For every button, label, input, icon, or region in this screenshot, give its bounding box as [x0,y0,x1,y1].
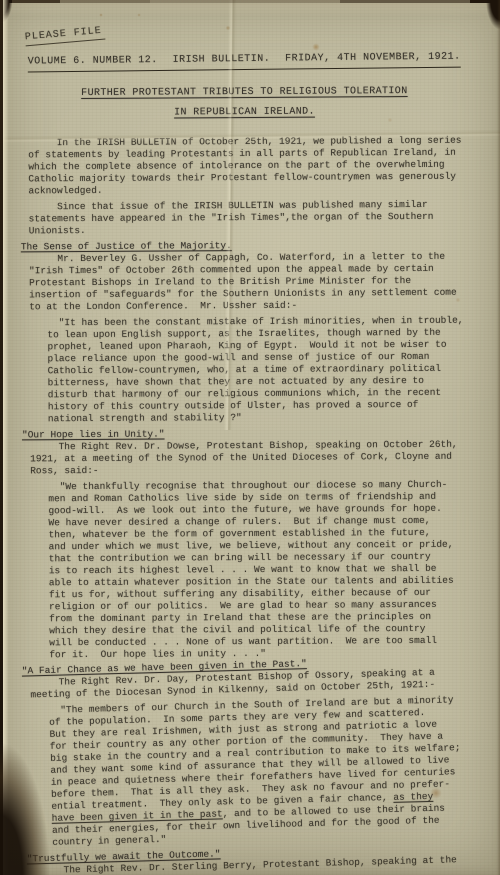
document-body: PLEASE FILE VOLUME 6. NUMBER 12. IRISH B… [0,0,500,875]
issue-date: FRIDAY, 4TH NOVEMBER, 1921. [285,52,461,66]
section-quote-day: "The members of our Church in the South … [49,694,479,849]
section-quote-ussher: "It has been the constant mistake of Iri… [47,315,474,426]
section-quote-dowse: "We thankfully recognise that throughout… [48,479,475,662]
lower-page-tilted-block: "A Fair Chance as we have been given in … [30,654,479,875]
headline-line-1: FURTHER PROTESTANT TRIBUTES TO RELIGIOUS… [28,86,461,101]
bulletin-title: IRISH BULLETIN. [173,54,271,67]
scan-bottom-left-shadow [0,685,70,875]
masthead: VOLUME 6. NUMBER 12. IRISH BULLETIN. FRI… [28,52,461,73]
headline-text-2: IN REPUBLICAN IRELAND. [174,107,315,119]
section-paragraph-sense-of-justice: Mr. Beverley G. Ussher of Cappagh, Co. W… [29,251,473,314]
scanned-page: PLEASE FILE VOLUME 6. NUMBER 12. IRISH B… [0,0,500,875]
intro-paragraph-1: In the IRISH BULLETIN of October 25th, 1… [28,135,472,198]
volume-number: VOLUME 6. NUMBER 12. [28,55,158,68]
please-file-note: PLEASE FILE [25,26,106,47]
headline-text-1: FURTHER PROTESTANT TRIBUTES TO RELIGIOUS… [81,86,408,99]
headline-line-2: IN REPUBLICAN IRELAND. [28,106,461,121]
scan-top-edge [0,0,500,3]
section-paragraph-hope-in-unity: The Right Rev. Dr. Dowse, Protestant Bis… [30,439,474,478]
intro-paragraph-2: Since that issue of the IRISH BULLETIN w… [29,199,473,238]
